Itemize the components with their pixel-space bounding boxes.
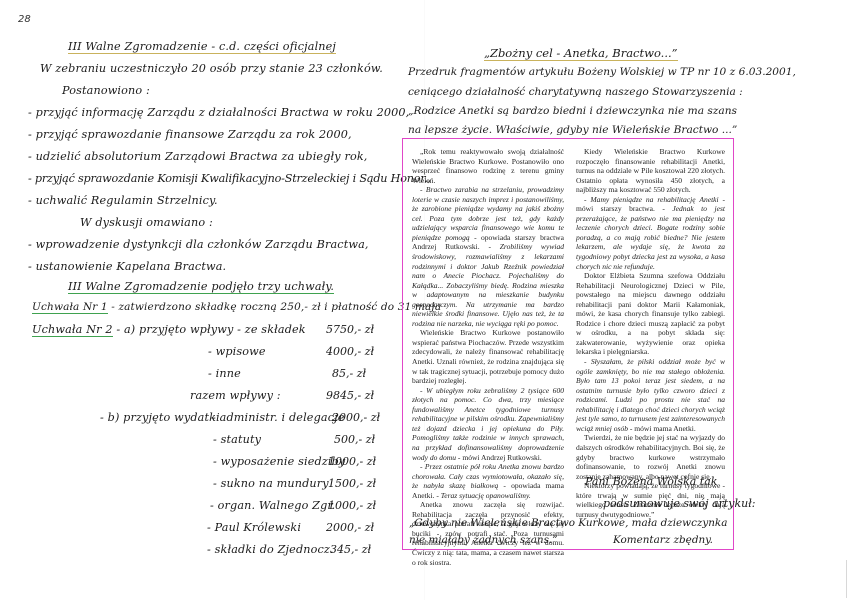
intro-line: ceniącego działalność charytatywną nasze… (408, 86, 743, 98)
income-amount: 85,- zł (332, 367, 366, 380)
summary-line: podsumowuje swój artykuł: (603, 497, 755, 510)
paragraph: Kiedy Wieleńskie Bractwo Kurkowe rozpocz… (576, 147, 725, 195)
expense-amount: 345,- zł (330, 543, 371, 556)
income-amount: 4000,- zł (326, 345, 374, 358)
decision-item: - przyjąć informację Zarządu z działalno… (28, 106, 409, 119)
expense-item: - organ. Walnego Zgr. (210, 499, 335, 512)
discussion-item: - ustanowienie Kapelana Bractwa. (28, 260, 226, 273)
section-heading: III Walne Zgromadzenie - c.d. części ofi… (68, 40, 336, 53)
discussion-item: - wprowadzenie dystynkcji dla członków Z… (28, 238, 369, 251)
expense-item: - wyposażenie siedziby (213, 455, 345, 468)
comment-line: Komentarz zbędny. (613, 534, 713, 546)
expense-amount: 2000,- zł (332, 411, 380, 424)
decision-item: - udzielić absolutorium Zarządowi Bractw… (28, 150, 367, 163)
article-clipping: „Rok temu reaktywowało swoją działalność… (402, 138, 734, 550)
discussion-label: W dyskusji omawiano : (80, 216, 213, 229)
resolutions-heading: III Walne Zgromadzenie podjęło trzy uchw… (68, 280, 334, 293)
expense-item: - składki do Zjednocz. (207, 543, 334, 556)
expense-item: - Paul Królewski (207, 521, 301, 534)
income-item: - inne (208, 367, 241, 380)
income-intro: - a) przyjęto wpływy - ze składek (113, 323, 306, 336)
article-heading: „Zbożny cel - Anetka, Bractwo...” (484, 46, 678, 60)
attendance-line: W zebraniu uczestniczyło 20 osób przy st… (40, 62, 383, 75)
article-heading-text: „Zbożny cel - Anetka, Bractwo...” (484, 46, 678, 61)
expense-amount: 1000,- zł (328, 499, 376, 512)
quote-line: „Gdyby nie Wieleńskie Bractwo Kurkowe, m… (409, 517, 727, 529)
article-column-2: Kiedy Wieleńskie Bractwo Kurkowe rozpocz… (576, 147, 725, 519)
paragraph: - Mamy pieniądze na rehabilitację Anetki… (576, 195, 725, 271)
expense-item: - sukno na mundury (213, 477, 329, 490)
paragraph: - W ubiegłym roku zebraliśmy 2 tysiące 6… (412, 386, 564, 462)
resolution-1: Uchwała Nr 1 - zatwierdzono składkę rocz… (32, 301, 441, 313)
paragraph: Doktor Elżbieta Szumna szefowa Oddziału … (576, 271, 725, 357)
expense-amount: 500,- zł (334, 433, 375, 446)
expense-amount: 1000,- zł (328, 455, 376, 468)
decision-item: - przyjąć sprawozdanie finansowe Zarządu… (28, 128, 352, 141)
paragraph: - Bractwo zarabia na strzelaniu, prowadz… (412, 185, 564, 328)
paragraph: „Rok temu reaktywowało swoją działalność… (412, 147, 564, 185)
summary-line: Pani Bożena Wolska tak (585, 475, 717, 488)
intro-quote-line: na lepsze życie. Właściwie, gdyby nie Wi… (408, 124, 737, 136)
expense-amount: 1500,- zł (328, 477, 376, 490)
paragraph: Twierdzi, że nie będzie jej stać na wyja… (576, 433, 725, 481)
article-column-1: „Rok temu reaktywowało swoją działalność… (412, 147, 564, 567)
page-number: 28 (18, 14, 31, 25)
income-amount: 5750,- zł (326, 323, 374, 336)
intro-quote-line: „Rodzice Anetki są bardzo biedni i dziew… (408, 105, 737, 117)
expense-amount: 2000,- zł (326, 521, 374, 534)
resolution-2-label: Uchwała Nr 2 (32, 323, 113, 337)
page-edge (846, 560, 847, 598)
decision-item: - przyjąć sprawozdanie Komisji Kwalifika… (28, 172, 431, 185)
quote-line: nie miałaby żadnych szans.” (409, 534, 558, 546)
decided-label: Postanowiono : (62, 84, 150, 97)
resolution-1-label: Uchwała Nr 1 (32, 301, 108, 314)
resolutions-heading-text: III Walne Zgromadzenie podjęło trzy uchw… (68, 280, 334, 294)
expenses-intro: - b) przyjęto wydatki (100, 411, 220, 424)
heading-text: III Walne Zgromadzenie - c.d. części ofi… (68, 40, 336, 54)
intro-line: Przedruk fragmentów artykułu Bożeny Wols… (408, 66, 796, 78)
paragraph: - Przez ostatnie pół roku Anetka znowu b… (412, 462, 564, 500)
resolution-2: Uchwała Nr 2 - a) przyjęto wpływy - ze s… (32, 323, 306, 336)
expense-item: - statuty (213, 433, 261, 446)
income-total: 9845,- zł (326, 389, 374, 402)
income-item: - wpisowe (208, 345, 266, 358)
decision-item: - uchwalić Regulamin Strzelnicy. (28, 194, 218, 207)
income-total-label: razem wpływy : (190, 389, 281, 402)
resolution-1-text: - zatwierdzono składkę roczną 250,- zł i… (108, 301, 441, 313)
expense-item: - administr. i delegacje (212, 411, 345, 424)
paragraph: - Słyszałam, że pilski oddział może być … (576, 357, 725, 433)
paragraph: Wieleńskie Bractwo Kurkowe postanowiło w… (412, 328, 564, 385)
